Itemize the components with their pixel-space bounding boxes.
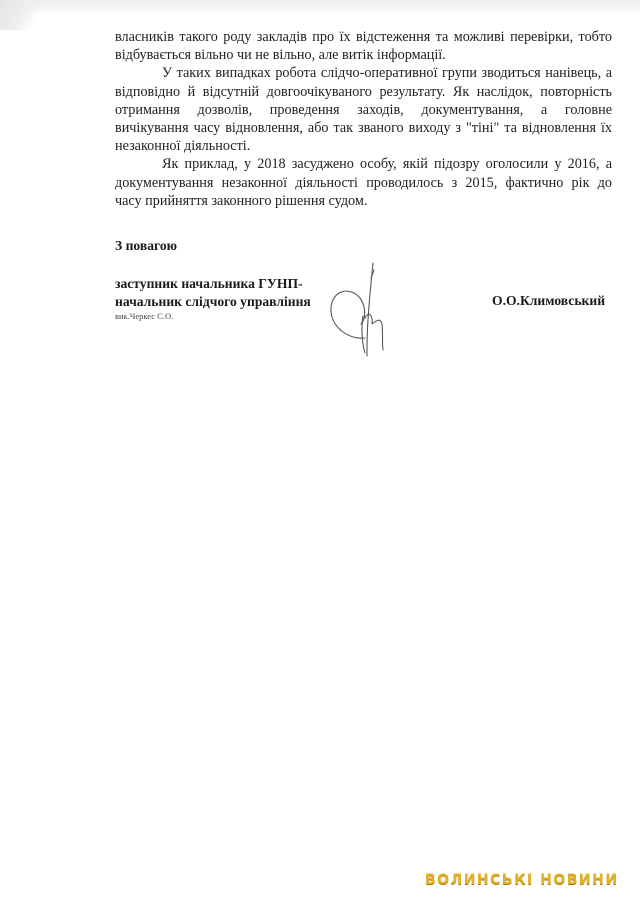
scan-corner-shadow [0,0,46,30]
signatory-title: заступник начальника ГУНП- начальник слі… [115,275,311,311]
paragraph-2: У таких випадках робота слідчо-оперативн… [115,64,612,155]
text-line: часу прийняття законного рішення судом. [115,192,612,210]
paragraph-3: Як приклад, у 2018 засуджено особу, якій… [115,155,612,210]
letter-body: власників такого роду закладів про їх ві… [115,28,612,210]
signatory-title-line-1: заступник начальника ГУНП- [115,275,311,293]
text-line: незаконної діяльності. [115,137,612,155]
text-line: Як приклад, у 2018 засуджено особу, якій… [115,155,612,173]
publisher-watermark: ВОЛИНСЬКІ НОВИНИ [425,872,619,888]
text-line: У таких випадках робота слідчо-оперативн… [115,64,612,82]
text-line: власників такого роду закладів про їх ві… [115,28,612,46]
handwritten-signature-icon [325,258,400,358]
text-line: вичікування часу відновлення, або так зв… [115,119,612,137]
signer-name: О.О.Климовський [492,293,605,309]
text-line: відбувається вільно чи не вільно, але ви… [115,46,612,64]
scan-edge-shadow [0,0,640,14]
paragraph-1: власників такого роду закладів про їх ві… [115,28,612,64]
closing-salutation: З повагою [115,238,177,254]
text-line: документування незаконної діяльності про… [115,174,612,192]
signatory-title-line-2: начальник слідчого управління [115,293,311,311]
text-line: отримання дозволів, проведення заходів, … [115,101,612,119]
text-line: відповідно й відсутній довгоочікуваного … [115,83,612,101]
executor-note: вик.Черкес С.О. [115,311,173,321]
